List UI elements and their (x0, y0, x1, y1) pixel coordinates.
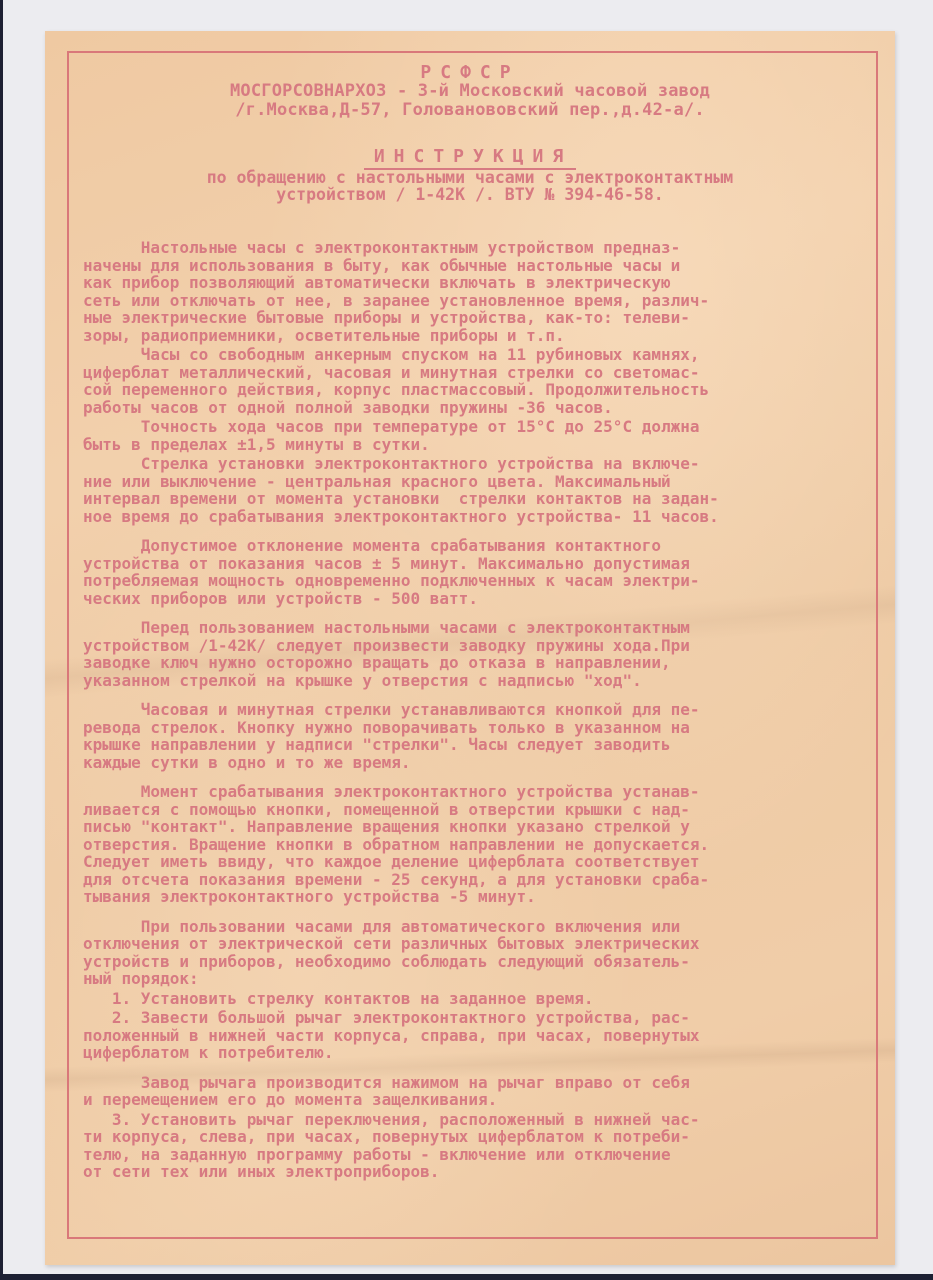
text-line: При пользовании часами для автоматическо… (83, 918, 883, 936)
text-line: Часы со свободным анкерным спуском на 11… (83, 346, 883, 364)
text-line: ливается с помощью кнопки, помещенной в … (83, 801, 883, 819)
text-line: 1. Установить стрелку контактов на задан… (83, 990, 883, 1008)
document-header: РСФСР МОСГОРСОВНАРХОЗ - 3-й Московский ч… (45, 63, 895, 120)
text-line: устройства от показания часов ± 5 минут.… (83, 555, 883, 573)
list-item: 1. Установить стрелку контактов на задан… (83, 990, 883, 1008)
text-line: отключения от электрической сети различн… (83, 935, 883, 953)
text-line: Настольные часы с электроконтактным устр… (83, 239, 883, 257)
text-line: и перемещением его до момента защелкиван… (83, 1091, 883, 1109)
text-line: устройством /1-42К/ следует произвести з… (83, 637, 883, 655)
paragraph: Завод рычага производится нажимом на рыч… (83, 1074, 883, 1109)
text-line: Стрелка установки электроконтактного уст… (83, 455, 883, 473)
text-line: ние или выключение - центральная красног… (83, 473, 883, 491)
text-line: Точность хода часов при температуре от 1… (83, 418, 883, 436)
text-line: сой переменного действия, корпус пластма… (83, 381, 883, 399)
paragraph: Точность хода часов при температуре от 1… (83, 418, 883, 453)
subtitle-line: по обращению с настольными часами с элек… (45, 169, 895, 186)
subtitle-line: устройством / 1-42К /. ВТУ № 394-46-58. (45, 186, 895, 203)
text-line: указанном стрелкой на крышке у отверстия… (83, 672, 883, 690)
text-line: сеть или отключать от нее, в заранее уст… (83, 292, 883, 310)
text-line: заводке ключ нужно осторожно вращать до … (83, 654, 883, 672)
text-line: начены для использования в быту, как обы… (83, 257, 883, 275)
text-line: Следует иметь ввиду, что каждое деление … (83, 853, 883, 871)
text-line: потребляемая мощность одновременно подкл… (83, 572, 883, 590)
text-line: крышке направлении у надписи "стрелки". … (83, 736, 883, 754)
text-line: положенный в нижней части корпуса, справ… (83, 1027, 883, 1045)
paragraph: Перед пользованием настольными часами с … (83, 619, 883, 689)
text-line: быть в пределах ±1,5 минуты в сутки. (83, 436, 883, 454)
text-line: ревода стрелок. Кнопку нужно поворачиват… (83, 719, 883, 737)
text-line: ное время до срабатывания электроконтакт… (83, 508, 883, 526)
text-line: зоры, радиоприемники, осветительные приб… (83, 327, 883, 345)
header-address: /г.Москва,Д-57, Голованововский пер.,д.4… (45, 101, 895, 120)
paragraph: Настольные часы с электроконтактным устр… (83, 239, 883, 344)
text-line: 2. Завести большой рычаг электроконтактн… (83, 1009, 883, 1027)
paragraph: Стрелка установки электроконтактного уст… (83, 455, 883, 525)
paragraph: Допустимое отклонение момента срабатыван… (83, 537, 883, 607)
scan-edge (0, 1274, 933, 1280)
list-item: 2. Завести большой рычаг электроконтактн… (83, 1009, 883, 1062)
document-subtitle: по обращению с настольными часами с элек… (45, 169, 895, 203)
title-text: ИНСТРУКЦИЯ (364, 146, 576, 170)
text-line: ный порядок: (83, 970, 883, 988)
text-line: работы часов от одной полной заводки пру… (83, 399, 883, 417)
text-line: отверстия. Вращение кнопки в обратном на… (83, 836, 883, 854)
text-line: каждые сутки в одно и то же время. (83, 754, 883, 772)
paragraph: При пользовании часами для автоматическо… (83, 918, 883, 988)
paper-sheet: РСФСР МОСГОРСОВНАРХОЗ - 3-й Московский ч… (45, 31, 895, 1265)
text-line: ти корпуса, слева, при часах, повернутых… (83, 1128, 883, 1146)
document-body: Настольные часы с электроконтактным устр… (83, 239, 883, 1181)
text-line: Момент срабатывания электроконтактного у… (83, 783, 883, 801)
paragraph: Часовая и минутная стрелки устанавливают… (83, 701, 883, 771)
paragraph: Часы со свободным анкерным спуском на 11… (83, 346, 883, 416)
text-line: писью "контакт". Направление вращения кн… (83, 818, 883, 836)
text-line: Допустимое отклонение момента срабатыван… (83, 537, 883, 555)
text-line: телю, на заданную программу работы - вкл… (83, 1146, 883, 1164)
text-line: ческих приборов или устройств - 500 ватт… (83, 590, 883, 608)
document-title: ИНСТРУКЦИЯ (45, 147, 895, 167)
text-line: циферблат металлический, часовая и минут… (83, 364, 883, 382)
text-line: как прибор позволяющий автоматически вкл… (83, 274, 883, 292)
text-line: Завод рычага производится нажимом на рыч… (83, 1074, 883, 1092)
text-line: 3. Установить рычаг переключения, распол… (83, 1111, 883, 1129)
paragraph: Момент срабатывания электроконтактного у… (83, 783, 883, 906)
text-line: тывания электроконтактного устройства -5… (83, 888, 883, 906)
text-line: ные электрические бытовые приборы и устр… (83, 309, 883, 327)
text-line: для отсчета показания времени - 25 секун… (83, 871, 883, 889)
text-line: Часовая и минутная стрелки устанавливают… (83, 701, 883, 719)
header-republic: РСФСР (45, 63, 895, 82)
text-line: интервал времени от момента установки ст… (83, 490, 883, 508)
text-line: от сети тех или иных электроприборов. (83, 1163, 883, 1181)
text-line: Перед пользованием настольными часами с … (83, 619, 883, 637)
header-organization: МОСГОРСОВНАРХОЗ - 3-й Московский часовой… (45, 82, 895, 101)
scan-edge (0, 0, 3, 1280)
text-line: циферблатом к потребителю. (83, 1044, 883, 1062)
text-line: устройств и приборов, необходимо соблюда… (83, 953, 883, 971)
list-item: 3. Установить рычаг переключения, распол… (83, 1111, 883, 1181)
